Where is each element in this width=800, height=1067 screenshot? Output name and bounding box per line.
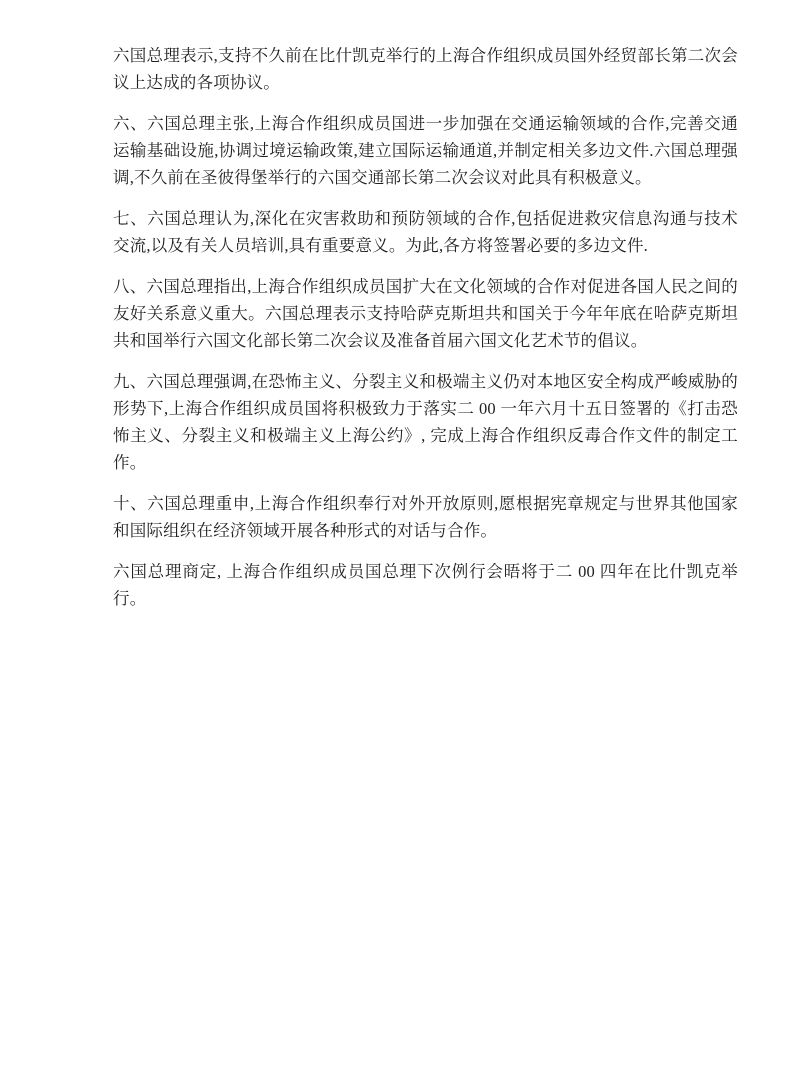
paragraph-intro-trade-agreements: 六国总理表示,支持不久前在比什凯克举行的上海合作组织成员国外经贸部长第二次会议上… (113, 42, 738, 96)
paragraph-item-6-transport: 六、六国总理主张,上海合作组织成员国进一步加强在交通运输领域的合作,完善交通运输… (113, 110, 738, 191)
paragraph-item-9-security: 九、六国总理强调,在恐怖主义、分裂主义和极端主义仍对本地区安全构成严峻威胁的形势… (113, 368, 738, 476)
paragraph-item-8-culture: 八、六国总理指出,上海合作组织成员国扩大在文化领域的合作对促进各国人民之间的友好… (113, 273, 738, 354)
document-page: 六国总理表示,支持不久前在比什凯克举行的上海合作组织成员国外经贸部长第二次会议上… (0, 0, 800, 1067)
paragraph-closing-next-meeting: 六国总理商定, 上海合作组织成员国总理下次例行会晤将于二 00 四年在比什凯克举… (113, 558, 738, 612)
paragraph-item-7-disaster-relief: 七、六国总理认为,深化在灾害救助和预防领域的合作,包括促进救灾信息沟通与技术交流… (113, 205, 738, 259)
paragraph-item-10-openness: 十、六国总理重申,上海合作组织奉行对外开放原则,愿根据宪章规定与世界其他国家和国… (113, 490, 738, 544)
